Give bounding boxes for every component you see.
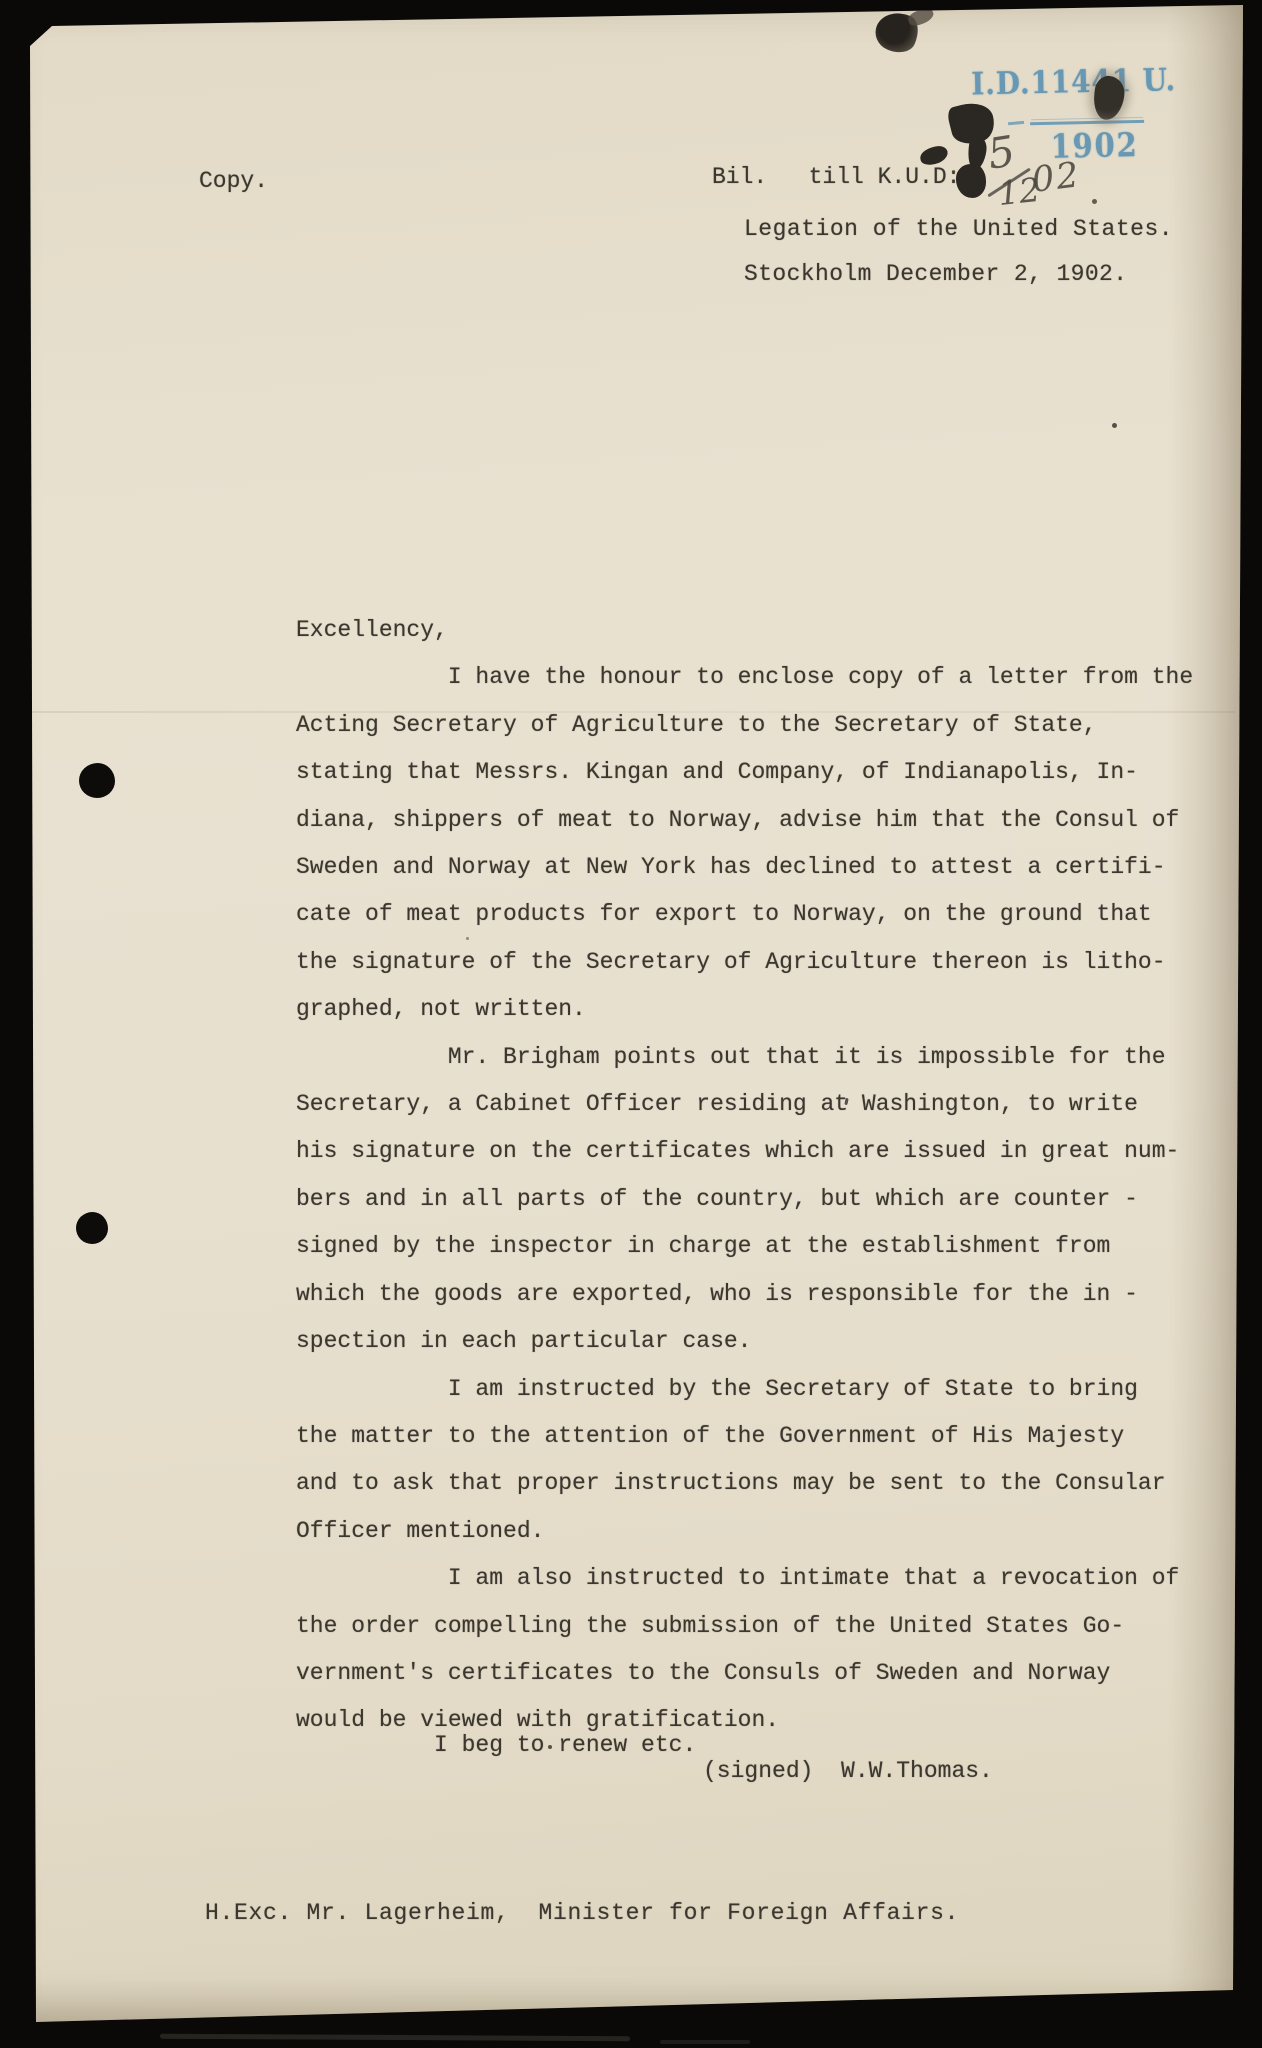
punch-hole-top — [79, 763, 115, 798]
ink-blot-filing-c — [956, 164, 986, 198]
stamp-dash-mark — [1008, 121, 1024, 125]
handwritten-period — [1092, 199, 1097, 204]
legation-line: Legation of the United States. — [744, 216, 1173, 242]
ink-speck — [1112, 423, 1117, 428]
letter-paper: Copy. Bil. till K.U.D:s Legation of the … — [0, 0, 1262, 2048]
backing-streak — [660, 2040, 750, 2044]
ink-speck — [466, 937, 469, 940]
punch-hole-bottom — [76, 1212, 108, 1244]
scanned-letter-page: Copy. Bil. till K.U.D:s Legation of the … — [0, 0, 1262, 2048]
copy-label: Copy. — [199, 168, 268, 194]
signature-line: (signed) W.W.Thomas. — [703, 1758, 993, 1784]
ink-speck — [548, 1745, 552, 1749]
addressee-line: H.Exc. Mr. Lagerheim, Minister for Forei… — [205, 1900, 959, 1926]
letter-body: Excellency, I have the honour to enclose… — [296, 607, 1193, 1745]
backing-streak — [160, 2034, 630, 2041]
handwritten-year: 02 — [1030, 155, 1083, 201]
filing-note: Bil. till K.U.D:s — [712, 164, 974, 190]
ink-blot-top-tail — [906, 6, 935, 27]
dateline: Stockholm December 2, 1902. — [744, 261, 1127, 287]
closing-renew-line: I beg to renew etc. — [434, 1732, 696, 1758]
stamp-serial-number: I.D.11441 U. — [971, 62, 1176, 102]
